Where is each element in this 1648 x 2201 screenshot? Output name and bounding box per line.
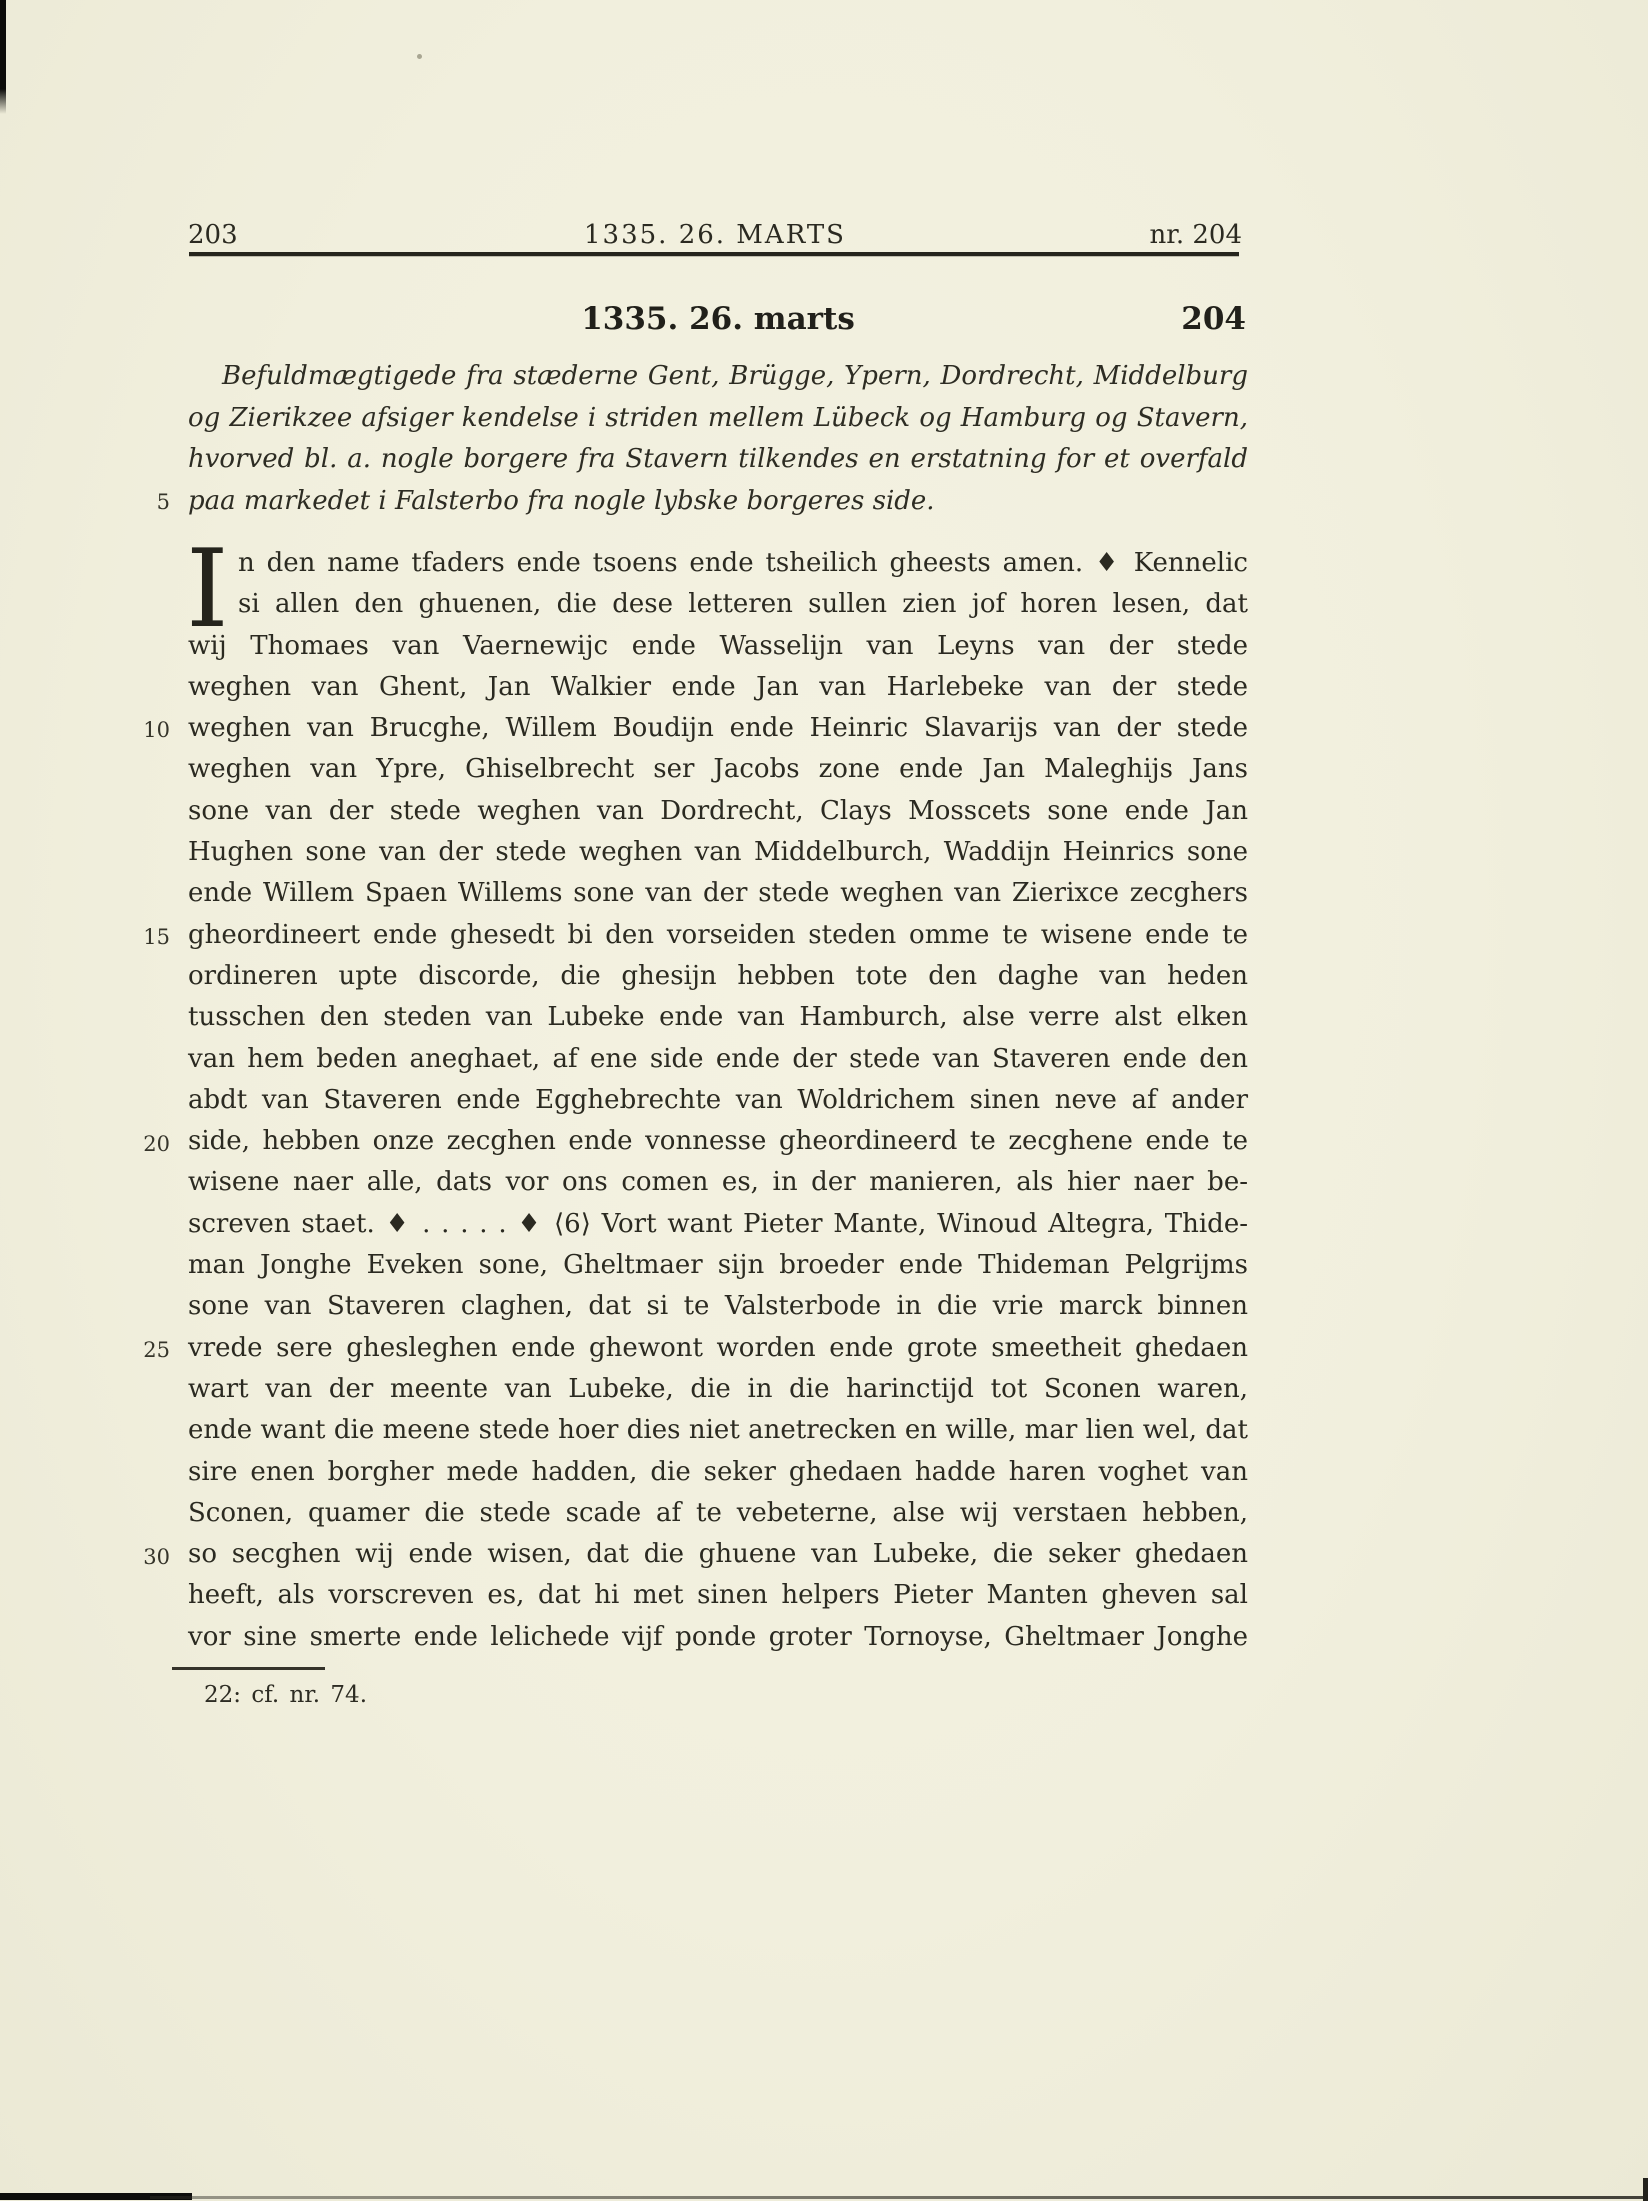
- text-line: ordineren upte discorde, die ghesijn heb…: [188, 956, 1248, 997]
- text-line: tusschen den steden van Lubeke ende van …: [188, 997, 1248, 1038]
- text-line: wart van der meente van Lubeke, die in d…: [188, 1369, 1248, 1410]
- text-line: si allen den ghuenen, die dese letteren …: [188, 584, 1248, 625]
- entry-heading: 1335. 26. marts 204: [188, 298, 1248, 340]
- text-line: man Jonghe Eveken sone, Gheltmaer sijn b…: [188, 1245, 1248, 1286]
- paper-speck: [417, 54, 422, 59]
- text-line: n den name tfaders ende tsoens ende tshe…: [188, 543, 1248, 584]
- summary-line: paa markedet i Falsterbo fra nogle lybsk…: [188, 481, 1248, 523]
- footnote: 22: cf. nr. 74.: [204, 1680, 367, 1710]
- summary-line: og Zierikzee afsiger kendelse i striden …: [188, 398, 1248, 440]
- text-line: ende Willem Spaen Willems sone van der s…: [188, 873, 1248, 914]
- text-line: sire enen borgher mede hadden, die seker…: [188, 1452, 1248, 1493]
- margin-line-number: 30: [118, 1544, 170, 1570]
- text-line: weghen van Ghent, Jan Walkier ende Jan v…: [188, 667, 1248, 708]
- running-title: 1335. 26. MARTS: [188, 219, 1242, 251]
- scan-edge-bottom-line: [150, 2196, 1648, 2199]
- text-line: weghen van Ypre, Ghiselbrecht ser Jacobs…: [188, 749, 1248, 790]
- text-line: sone van der stede weghen van Dordrecht,…: [188, 791, 1248, 832]
- text-line: Sconen, quamer die stede scade af te veb…: [188, 1493, 1248, 1534]
- text-line: side, hebben onze zecghen ende vonnesse …: [188, 1121, 1248, 1162]
- margin-line-number: 25: [118, 1337, 170, 1363]
- margin-line-number: 5: [118, 489, 170, 515]
- text-line: so secghen wij ende wisen, dat die ghuen…: [188, 1534, 1248, 1575]
- head-rule: [189, 252, 1239, 256]
- document-page: 203 1335. 26. MARTS nr. 204 1335. 26. ma…: [0, 0, 1648, 2201]
- text-line: sone van Staveren claghen, dat si te Val…: [188, 1286, 1248, 1327]
- text-line: vor sine smerte ende lelichede vijf pond…: [188, 1617, 1248, 1658]
- margin-line-number: 15: [118, 924, 170, 950]
- text-line: wij Thomaes van Vaernewijc ende Wasselij…: [188, 626, 1248, 667]
- summary-line: Befuldmægtigede fra stæderne Gent, Brügg…: [188, 356, 1248, 398]
- entry-date: 1335. 26. marts: [188, 298, 1248, 340]
- text-line: van hem beden aneghaet, af ene side ende…: [188, 1039, 1248, 1080]
- text-line: Hughen sone van der stede weghen van Mid…: [188, 832, 1248, 873]
- running-head-number: nr. 204: [1150, 219, 1242, 251]
- running-head: 203 1335. 26. MARTS nr. 204: [188, 219, 1242, 251]
- text-line: gheordineert ende ghesedt bi den vorseid…: [188, 915, 1248, 956]
- summary-line: hvorved bl. a. nogle borgere fra Stavern…: [188, 439, 1248, 481]
- summary: Befuldmægtigede fra stæderne Gent, Brügg…: [188, 356, 1248, 522]
- text-line: screven staet. ♦ . . . . . ♦ ⟨6⟩ Vort wa…: [188, 1204, 1248, 1245]
- text-line: weghen van Brucghe, Willem Boudijn ende …: [188, 708, 1248, 749]
- footnote-rule: [172, 1667, 325, 1670]
- text-line: heeft, als vorscreven es, dat hi met sin…: [188, 1575, 1248, 1616]
- text-line: vrede sere ghesleghen ende ghewont worde…: [188, 1328, 1248, 1369]
- scan-edge-right-tick: [1643, 2178, 1648, 2201]
- text-line: abdt van Staveren ende Egghebrechte van …: [188, 1080, 1248, 1121]
- margin-line-number: 20: [118, 1131, 170, 1157]
- entry-number: 204: [1181, 298, 1246, 340]
- text-line: wisene naer alle, dats vor ons comen es,…: [188, 1162, 1248, 1203]
- text-line: ende want die meene stede hoer dies niet…: [188, 1410, 1248, 1451]
- body-text: n den name tfaders ende tsoens ende tshe…: [188, 543, 1248, 1658]
- margin-line-number: 10: [118, 717, 170, 743]
- scan-edge-left: [0, 0, 6, 114]
